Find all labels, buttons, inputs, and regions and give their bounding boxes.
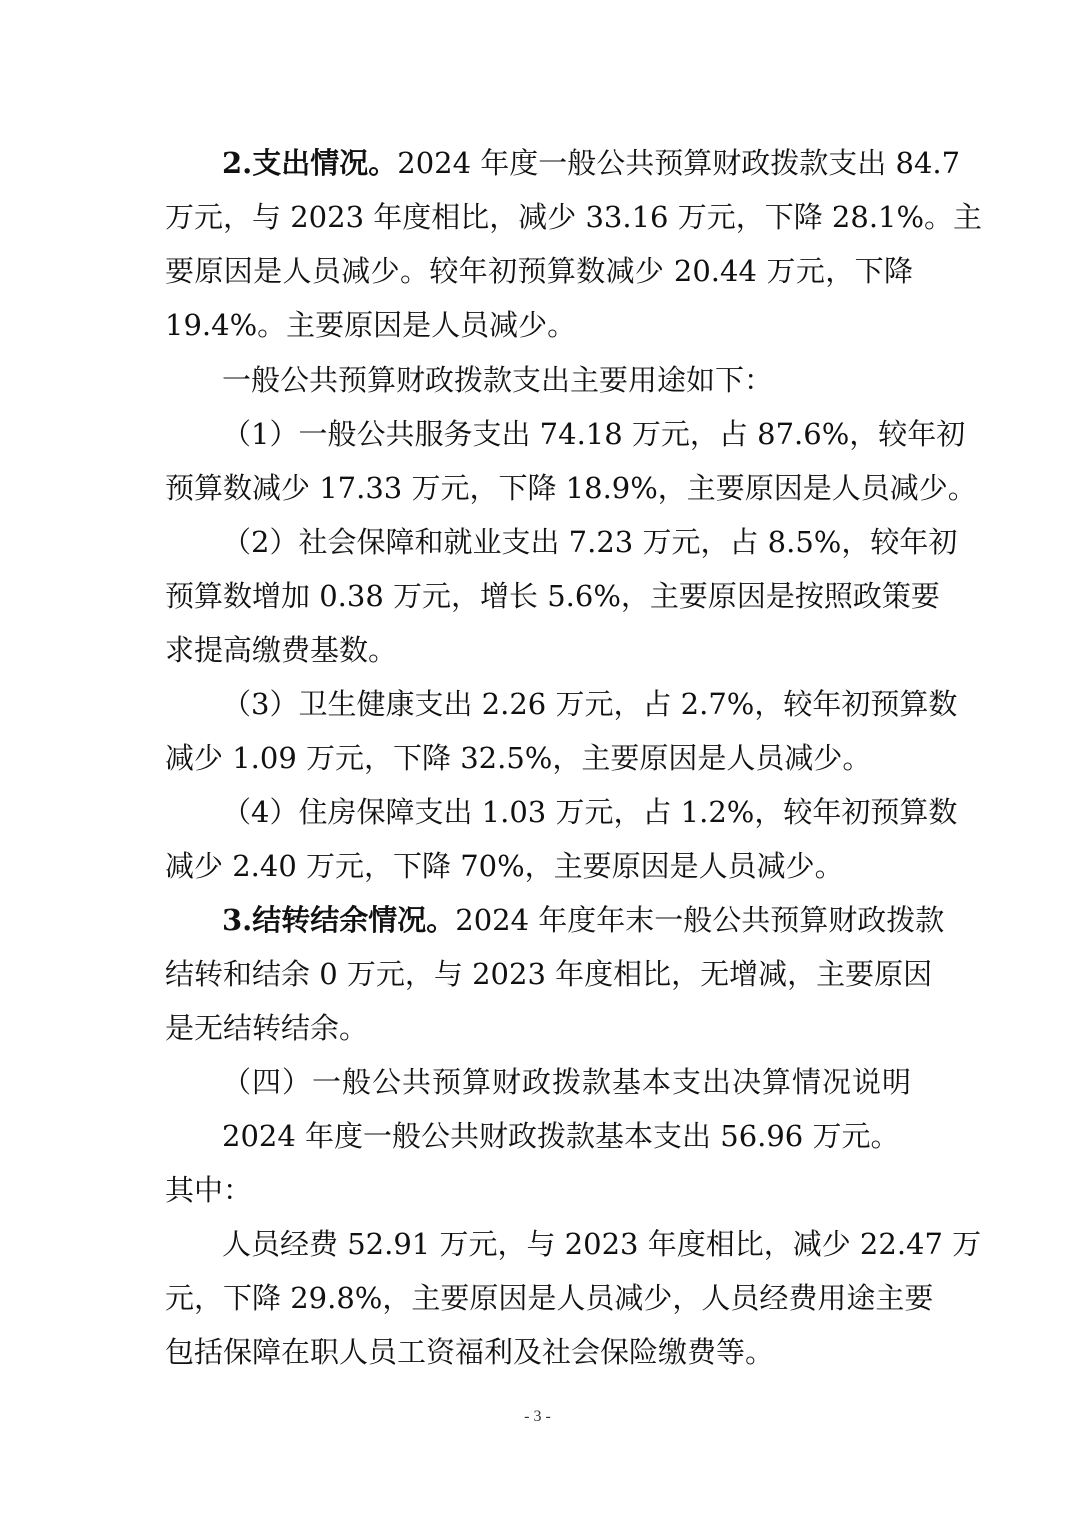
usage-item-3-line-2: 减少 1.09 万元，下降 32.5%，主要原因是人员减少。	[165, 740, 913, 776]
personnel-paragraph-line-2: 元，下降 29.8%，主要原因是人员减少，人员经费用途主要	[165, 1280, 913, 1316]
usage-item-4-line-1: （4）住房保障支出 1.03 万元，占 1.2%，较年初预算数	[222, 794, 913, 830]
usage-item-3-line-1: （3）卫生健康支出 2.26 万元，占 2.7%，较年初预算数	[222, 686, 913, 722]
usage-item-2-line-1: （2）社会保障和就业支出 7.23 万元，占 8.5%，较年初	[222, 524, 913, 560]
expenditure-text: 2024 年度一般公共预算财政拨款支出 84.7	[397, 146, 960, 180]
expenditure-paragraph-line-2: 万元，与 2023 年度相比，减少 33.16 万元，下降 28.1%。主	[165, 199, 913, 235]
usage-intro: 一般公共预算财政拨款支出主要用途如下：	[222, 362, 913, 398]
basic-expenditure-heading: （四）一般公共预算财政拨款基本支出决算情况说明	[222, 1064, 913, 1100]
carryover-paragraph-line-2: 结转和结余 0 万元，与 2023 年度相比，无增减，主要原因	[165, 956, 913, 992]
expenditure-paragraph-line-1: 2.支出情况。2024 年度一般公共预算财政拨款支出 84.7	[222, 145, 913, 181]
usage-item-1-line-2: 预算数减少 17.33 万元，下降 18.9%，主要原因是人员减少。	[165, 470, 913, 506]
personnel-paragraph-line-1: 人员经费 52.91 万元，与 2023 年度相比，减少 22.47 万	[222, 1226, 913, 1262]
usage-item-2-line-3: 求提高缴费基数。	[165, 632, 913, 668]
personnel-paragraph-line-3: 包括保障在职人员工资福利及社会保险缴费等。	[165, 1334, 913, 1370]
expenditure-paragraph-line-3: 要原因是人员减少。较年初预算数减少 20.44 万元，下降	[165, 253, 913, 289]
carryover-heading: 3.结转结余情况。	[222, 903, 455, 937]
carryover-paragraph-line-1: 3.结转结余情况。2024 年度年末一般公共预算财政拨款	[222, 902, 913, 938]
document-page: 2.支出情况。2024 年度一般公共预算财政拨款支出 84.7 万元，与 202…	[0, 0, 1075, 1520]
expenditure-paragraph-line-4: 19.4%。主要原因是人员减少。	[165, 307, 913, 343]
usage-item-2-line-2: 预算数增加 0.38 万元，增长 5.6%，主要原因是按照政策要	[165, 578, 913, 614]
expenditure-heading: 2.支出情况。	[222, 146, 397, 180]
carryover-text: 2024 年度年末一般公共预算财政拨款	[455, 903, 944, 937]
usage-item-1-line-1: （1）一般公共服务支出 74.18 万元，占 87.6%，较年初	[222, 416, 913, 452]
basic-expenditure-line-1: 2024 年度一般公共财政拨款基本支出 56.96 万元。	[222, 1118, 913, 1154]
usage-item-4-line-2: 减少 2.40 万元，下降 70%，主要原因是人员减少。	[165, 848, 913, 884]
basic-expenditure-line-2: 其中：	[165, 1172, 913, 1208]
page-number: - 3 -	[0, 1408, 1075, 1426]
carryover-paragraph-line-3: 是无结转结余。	[165, 1010, 913, 1046]
